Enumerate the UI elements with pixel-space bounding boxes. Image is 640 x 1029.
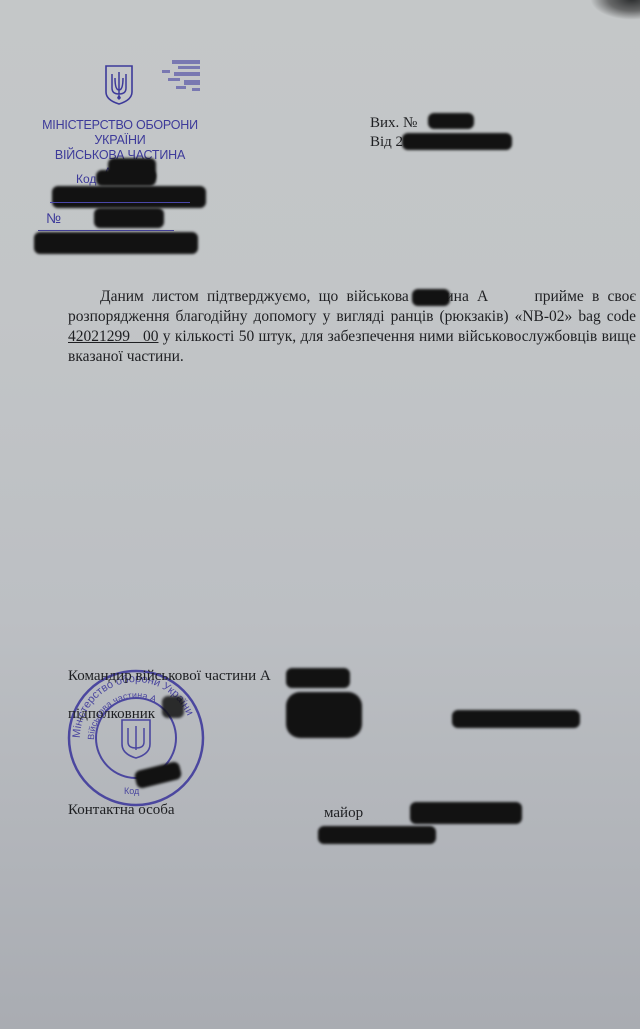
outgoing-number-label: Вих. № <box>370 114 417 133</box>
redacted-contact-name <box>410 802 522 824</box>
redacted-outgoing-number <box>428 113 474 129</box>
bag-code: 42021299 00 <box>68 328 158 345</box>
contact-label: Контактна особа <box>68 802 175 819</box>
number-underline <box>38 230 174 231</box>
ministry-line-2: УКРАЇНИ <box>30 133 210 148</box>
number-label: № <box>46 210 61 226</box>
redacted-commander-signature <box>286 692 362 738</box>
official-seal: Міністерство оборони України Військова ч… <box>66 668 206 808</box>
redacted-seal-unit <box>162 696 184 718</box>
trident-icon <box>104 64 134 106</box>
redacted-code <box>96 170 156 186</box>
svg-text:Код: Код <box>124 786 140 796</box>
redacted-address <box>52 186 206 208</box>
code-label: Код <box>76 172 96 186</box>
redacted-unit-body <box>412 289 450 306</box>
ministry-line-1: МІНІСТЕРСТВО ОБОРОНИ <box>30 118 210 133</box>
redacted-contact-phone <box>318 826 436 844</box>
commander-title: Командир військової частини А <box>68 668 271 685</box>
commander-rank: підполковник <box>68 706 155 723</box>
ink-smudge <box>158 58 204 94</box>
redacted-commander-unit <box>286 668 350 688</box>
redacted-commander-name <box>452 710 580 728</box>
header-underline <box>50 202 190 203</box>
letter-body: Даним листом підтверджуємо, що військова… <box>68 287 636 367</box>
redacted-outgoing-date <box>402 133 512 150</box>
redacted-number <box>94 208 164 228</box>
ministry-header: МІНІСТЕРСТВО ОБОРОНИ УКРАЇНИ ВІЙСЬКОВА Ч… <box>30 118 210 163</box>
contact-rank: майор <box>324 805 363 822</box>
photo-shadow <box>590 0 640 20</box>
body-paragraph: Даним листом підтверджуємо, що військова… <box>68 287 636 367</box>
redacted-extra <box>34 232 198 254</box>
